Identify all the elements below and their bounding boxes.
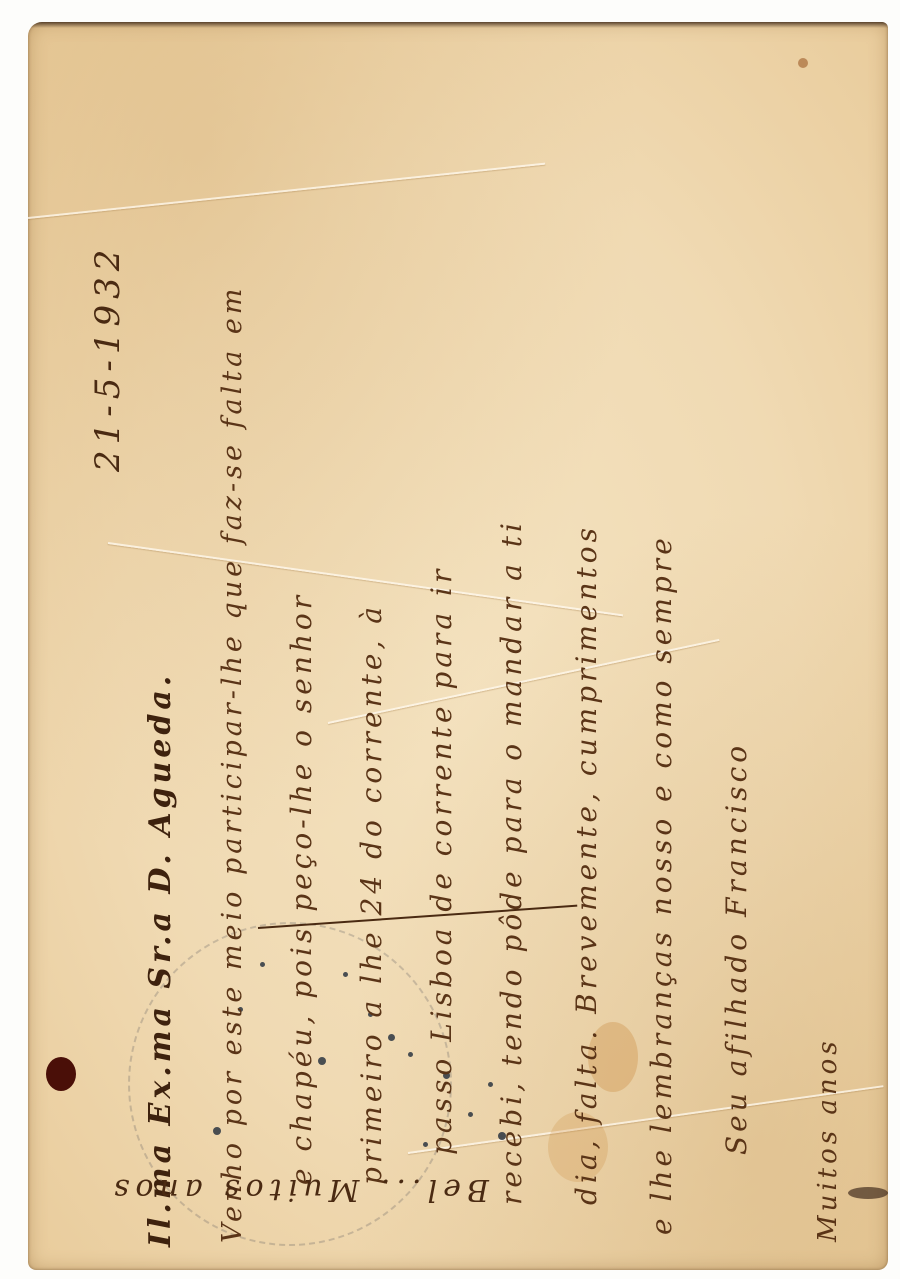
handwritten-line: e chapéu, pois peço-lhe o senhor [285,592,318,1185]
ink-blot [46,1057,76,1091]
postcard: 21-5-1932 Il.ma Ex.ma Sr.a D. Agueda. Ve… [28,22,888,1270]
postmark-ink [318,1057,326,1065]
handwritten-line: recebi, tendo pôde para o mandar a ti [495,519,528,1205]
foxing-spot [848,1187,888,1199]
handwritten-line: e lhe lembranças nosso e como sempre [645,534,678,1235]
handwritten-line: Venho por este meio participar-lhe que f… [217,285,248,1243]
signature-line: Seu afilhado Francisco [720,742,753,1155]
closing-line: Muitos anos [813,1037,843,1242]
paper-crease [28,163,545,219]
letter-date: 21-5-1932 [88,244,128,472]
bottom-handwritten-line: Bel... Muitos anos [108,1172,489,1207]
postmark-ink [488,1082,493,1087]
foxing-spot [798,58,808,68]
handwritten-line: passo Lisboa de corrente para ir [425,566,458,1155]
postmark-ink [468,1112,473,1117]
handwritten-line: primeiro a lhe 24 do corrente, à [355,603,388,1185]
postmark-ink [260,962,265,967]
scan-background: 21-5-1932 Il.ma Ex.ma Sr.a D. Agueda. Ve… [0,0,900,1279]
handwritten-line: dia, falta. Brevemente, cumprimentos [570,524,603,1205]
salutation-line: Il.ma Ex.ma Sr.a D. Agueda. [143,672,178,1247]
postmark-ink [388,1034,395,1041]
postmark-ink [343,972,348,977]
postmark-ink [408,1052,413,1057]
